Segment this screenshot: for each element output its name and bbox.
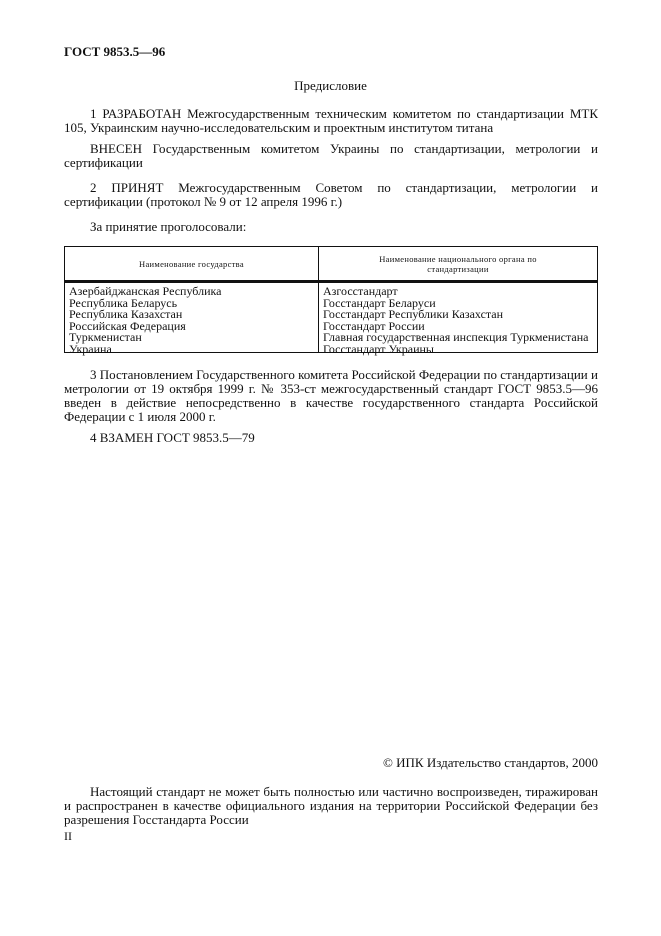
paragraph-replaces: 4 ВЗАМЕН ГОСТ 9853.5—79 [64, 431, 598, 445]
paragraph-text: 4 ВЗАМЕН ГОСТ 9853.5—79 [90, 430, 255, 445]
paragraph-adopted: 2 ПРИНЯТ Межгосударственным Советом по с… [64, 181, 598, 209]
paragraph-text: За принятие проголосовали: [90, 219, 246, 234]
national-bodies-column: Азгосстандарт Госстандарт Беларуси Госст… [323, 286, 588, 355]
paragraph-enacted: 3 Постановлением Государственного комите… [64, 368, 598, 424]
table-cell: Госстандарт Украины [323, 344, 588, 356]
paragraph-text: Настоящий стандарт не может быть полност… [64, 784, 598, 827]
states-column: Азербайджанская Республика Республика Бе… [69, 286, 221, 355]
section-title: Предисловие [0, 78, 661, 94]
table-header: Наименование государства Наименование на… [65, 247, 597, 283]
header-national-body-text: Наименование национального органа по ста… [373, 254, 543, 274]
header-national-body: Наименование национального органа по ста… [319, 247, 597, 280]
table-cell: Украина [69, 344, 221, 356]
document-code: ГОСТ 9853.5—96 [64, 44, 165, 60]
header-state: Наименование государства [65, 247, 318, 280]
reproduction-notice: Настоящий стандарт не может быть полност… [64, 785, 598, 827]
paragraph-text: 1 РАЗРАБОТАН Межгосударственным техничес… [64, 106, 598, 135]
paragraph-voted: За принятие проголосовали: [64, 220, 598, 234]
paragraph-text: 3 Постановлением Государственного комите… [64, 367, 598, 424]
copyright-notice: © ИПК Издательство стандартов, 2000 [383, 755, 598, 771]
voting-table: Наименование государства Наименование на… [64, 246, 598, 353]
paragraph-developed: 1 РАЗРАБОТАН Межгосударственным техничес… [64, 107, 598, 135]
column-divider [318, 247, 319, 352]
page-number: II [64, 829, 72, 844]
paragraph-introduced: ВНЕСЕН Государственным комитетом Украины… [64, 142, 598, 170]
paragraph-text: ВНЕСЕН Государственным комитетом Украины… [64, 141, 598, 170]
paragraph-text: 2 ПРИНЯТ Межгосударственным Советом по с… [64, 180, 598, 209]
